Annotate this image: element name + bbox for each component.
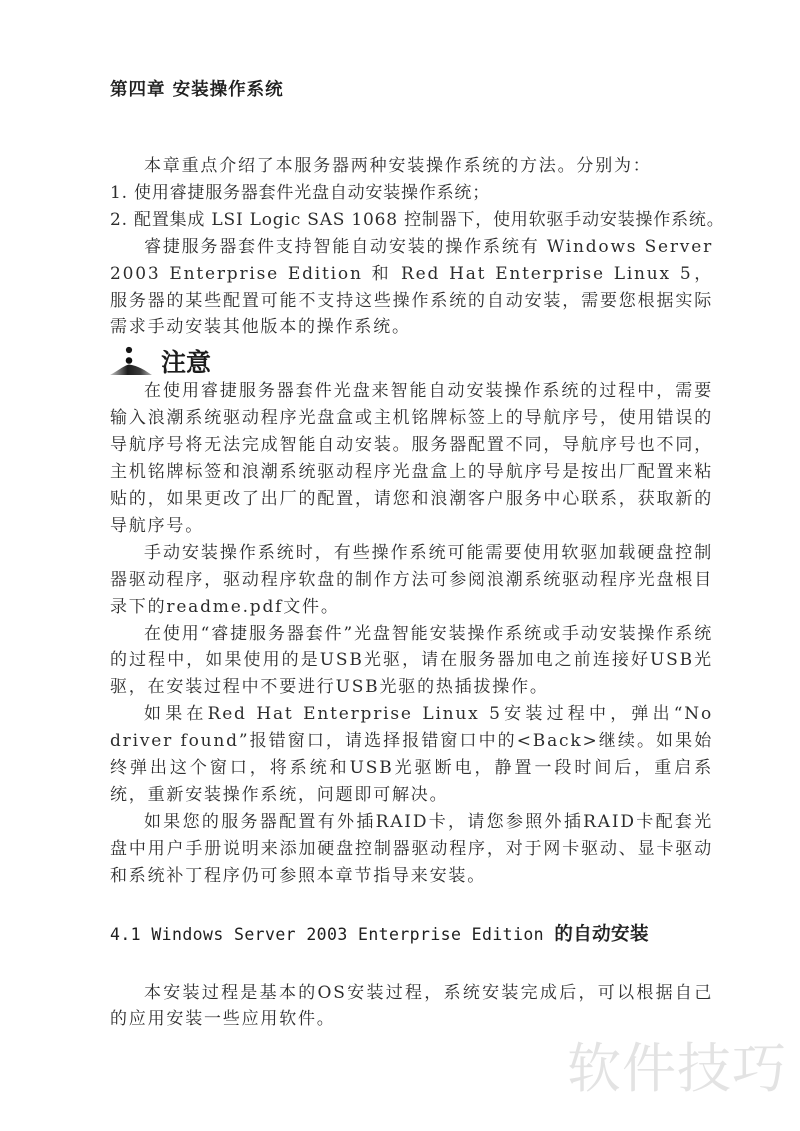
intro-paragraph: 睿捷服务器套件支持智能自动安装的操作系统有 Windows Server 200… bbox=[110, 234, 713, 342]
notice-mountain-dots-icon bbox=[110, 343, 152, 377]
section-heading: 4.1 Windows Server 2003 Enterprise Editi… bbox=[110, 923, 713, 947]
document-body: 本章重点介绍了本服务器两种安装操作系统的方法。分别为： 1. 使用睿捷服务器套件… bbox=[110, 153, 713, 1033]
notice-paragraph: 在使用“睿捷服务器套件”光盘智能安装操作系统或手动安装操作系统的过程中，如果使用… bbox=[110, 621, 713, 702]
document-page: 第四章 安装操作系统 本章重点介绍了本服务器两种安装操作系统的方法。分别为： 1… bbox=[0, 0, 800, 1131]
watermark: 软件技巧 bbox=[567, 1040, 787, 1097]
section-paragraph: 本安装过程是基本的OS安装过程，系统安装完成后，可以根据自己的应用安装一些应用软… bbox=[110, 980, 713, 1034]
chapter-title: 第四章 安装操作系统 bbox=[110, 79, 284, 101]
notice-paragraph: 手动安装操作系统时，有些操作系统可能需要使用软驱加载硬盘控制器驱动程序，驱动程序… bbox=[110, 540, 713, 621]
intro-item-1: 1. 使用睿捷服务器套件光盘自动安装操作系统； bbox=[110, 180, 713, 207]
notice-paragraph: 如果在Red Hat Enterprise Linux 5安装过程中，弹出“No… bbox=[110, 701, 713, 809]
intro-item-2: 2. 配置集成 LSI Logic SAS 1068 控制器下，使用软驱手动安装… bbox=[110, 207, 713, 234]
section-heading-cjk: 的自动安装 bbox=[554, 924, 649, 945]
notice-label: 注意 bbox=[161, 350, 211, 375]
notice-header: 注意 bbox=[110, 341, 713, 378]
notice-paragraph: 在使用睿捷服务器套件光盘来智能自动安装操作系统的过程中，需要输入浪潮系统驱动程序… bbox=[110, 378, 713, 539]
notice-paragraph: 如果您的服务器配置有外插RAID卡，请您参照外插RAID卡配套光盘中用户手册说明… bbox=[110, 809, 713, 890]
intro-lead: 本章重点介绍了本服务器两种安装操作系统的方法。分别为： bbox=[110, 153, 713, 180]
section-heading-latin: 4.1 Windows Server 2003 Enterprise Editi… bbox=[110, 925, 554, 944]
